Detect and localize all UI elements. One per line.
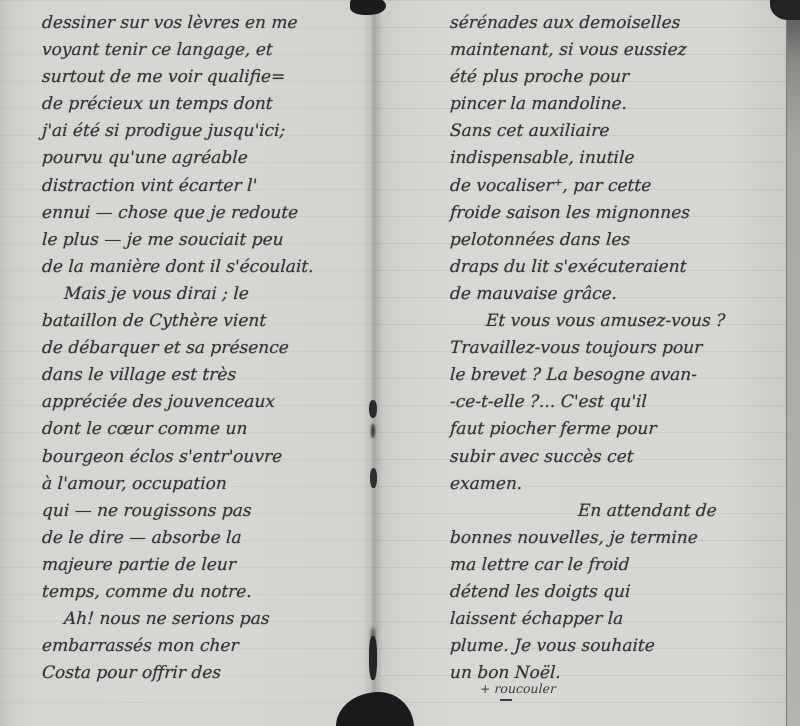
right-page-text: sérénades aux demoiselles maintenant, si… [372, 10, 786, 687]
ink-streak-icon [369, 636, 377, 680]
handwritten-line: faut piocher ferme pour [371, 416, 786, 443]
handwritten-line: été plus proche pour [371, 64, 786, 91]
left-page-text: dessiner sur vos lèvres en me voyant ten… [0, 10, 372, 687]
handwritten-line: Et vous vous amusez-vous ? [371, 308, 786, 335]
handwritten-line: bonnes nouvelles, je termine [371, 525, 786, 552]
handwritten-line: pourvu qu'une agréable [0, 145, 373, 172]
handwritten-line: de précieux un temps dont [0, 91, 373, 118]
handwritten-letter-scan: dessiner sur vos lèvres en me voyant ten… [0, 0, 800, 726]
handwritten-line: laissent échapper la [371, 606, 786, 633]
handwritten-line: de mauvaise grâce. [371, 281, 786, 308]
handwritten-line: froide saison les mignonnes [371, 200, 786, 227]
handwritten-line: pelotonnées dans les [371, 227, 786, 254]
handwritten-line: le plus — je me souciait peu [0, 227, 373, 254]
handwritten-line: j'ai été si prodigue jusqu'ici; [0, 118, 373, 145]
handwritten-line: -ce-t-elle ?... C'est qu'il [371, 389, 786, 416]
handwritten-line: pincer la mandoline. [371, 91, 786, 118]
handwritten-line: de vocaliser⁺, par cette [371, 173, 786, 200]
handwritten-line: qui — ne rougissons pas [0, 498, 373, 525]
handwritten-line: à l'amour, occupation [0, 471, 373, 498]
footnote-underline [500, 699, 512, 701]
binding-ink-dot-icon [369, 400, 377, 418]
handwritten-line: de débarquer et sa présence [0, 335, 373, 362]
handwritten-line: dans le village est très [0, 362, 373, 389]
right-page: sérénades aux demoiselles maintenant, si… [372, 0, 786, 726]
handwritten-line: embarrassés mon cher [0, 633, 373, 660]
handwritten-line: surtout de me voir qualifie= [0, 64, 373, 91]
handwritten-line: de le dire — absorbe la [0, 525, 373, 552]
handwritten-line: Sans cet auxiliaire [371, 118, 786, 145]
handwritten-line: majeure partie de leur [0, 552, 373, 579]
binding-fold [363, 0, 383, 726]
handwritten-line: voyant tenir ce langage, et [0, 37, 373, 64]
handwritten-line: subir avec succès cet [371, 444, 786, 471]
handwritten-line: indispensable, inutile [371, 145, 786, 172]
left-page: dessiner sur vos lèvres en me voyant ten… [0, 0, 372, 726]
binding-ink-dot-icon [370, 468, 377, 488]
handwritten-line: bataillon de Cythère vient [0, 308, 373, 335]
handwritten-line: distraction vint écarter l' [0, 173, 373, 200]
handwritten-line: le brevet ? La besogne avan- [371, 362, 786, 389]
footnote-annotation: + roucouler [480, 681, 557, 696]
handwritten-line: détend les doigts qui [371, 579, 786, 606]
handwritten-line: Mais je vous dirai ; le [0, 281, 373, 308]
page-edge-shadow [786, 0, 800, 726]
handwritten-line: Costa pour offrir des [0, 660, 373, 687]
handwritten-line: plume. Je vous souhaite [371, 633, 786, 660]
handwritten-line: de la manière dont il s'écoulait. [0, 254, 373, 281]
handwritten-line: temps, comme du notre. [0, 579, 373, 606]
handwritten-line: En attendant de [371, 498, 786, 525]
handwritten-line: appréciée des jouvenceaux [0, 389, 373, 416]
handwritten-line: dessiner sur vos lèvres en me [0, 10, 373, 37]
handwritten-line: sérénades aux demoiselles [371, 10, 786, 37]
handwritten-line: draps du lit s'exécuteraient [371, 254, 786, 281]
handwritten-line: Travaillez-vous toujours pour [371, 335, 786, 362]
handwritten-line: dont le cœur comme un [0, 416, 373, 443]
handwritten-line: bourgeon éclos s'entr'ouvre [0, 444, 373, 471]
handwritten-line: examen. [371, 471, 786, 498]
handwritten-line: ennui — chose que je redoute [0, 200, 373, 227]
handwritten-line: maintenant, si vous eussiez [371, 37, 786, 64]
handwritten-line: ma lettre car le froid [371, 552, 786, 579]
handwritten-line: Ah! nous ne serions pas [0, 606, 373, 633]
handwritten-line: un bon Noël. [371, 660, 786, 687]
